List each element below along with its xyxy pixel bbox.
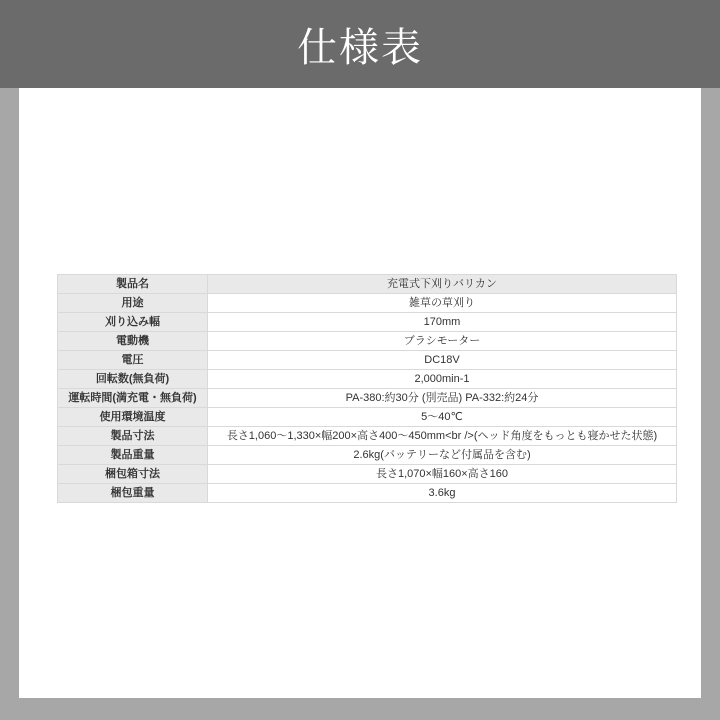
header-band: 仕様表 bbox=[0, 0, 720, 88]
row-value: DC18V bbox=[208, 351, 677, 370]
table-row: 製品寸法 長さ1,060〜1,330×幅200×高さ400〜450mm<br /… bbox=[58, 427, 677, 446]
row-label: 梱包重量 bbox=[58, 484, 208, 503]
row-value: 3.6kg bbox=[208, 484, 677, 503]
row-value: 長さ1,070×幅160×高さ160 bbox=[208, 465, 677, 484]
table-row: 回転数(無負荷) 2,000min-1 bbox=[58, 370, 677, 389]
row-value: 充電式下刈りバリカン bbox=[208, 275, 677, 294]
row-label: 製品名 bbox=[58, 275, 208, 294]
row-label: 用途 bbox=[58, 294, 208, 313]
row-value: 2,000min-1 bbox=[208, 370, 677, 389]
page-title: 仕様表 bbox=[297, 16, 423, 73]
row-label: 運転時間(満充電・無負荷) bbox=[58, 389, 208, 408]
table-row: 刈り込み幅 170mm bbox=[58, 313, 677, 332]
content-panel: 製品名 充電式下刈りバリカン 用途 雑草の草刈り 刈り込み幅 170mm 電動機… bbox=[19, 88, 701, 698]
table-row: 製品名 充電式下刈りバリカン bbox=[58, 275, 677, 294]
table-row: 梱包重量 3.6kg bbox=[58, 484, 677, 503]
row-label: 使用環境温度 bbox=[58, 408, 208, 427]
table-row: 製品重量 2.6kg(バッテリーなど付属品を含む) bbox=[58, 446, 677, 465]
row-label: 回転数(無負荷) bbox=[58, 370, 208, 389]
row-value: 5〜40℃ bbox=[208, 408, 677, 427]
table-row: 運転時間(満充電・無負荷) PA-380:約30分 (別売品) PA-332:約… bbox=[58, 389, 677, 408]
row-label: 梱包箱寸法 bbox=[58, 465, 208, 484]
table-row: 電圧 DC18V bbox=[58, 351, 677, 370]
row-label: 電動機 bbox=[58, 332, 208, 351]
row-label: 製品重量 bbox=[58, 446, 208, 465]
row-value: 170mm bbox=[208, 313, 677, 332]
row-value: 長さ1,060〜1,330×幅200×高さ400〜450mm<br />(ヘッド… bbox=[208, 427, 677, 446]
spec-table: 製品名 充電式下刈りバリカン 用途 雑草の草刈り 刈り込み幅 170mm 電動機… bbox=[57, 274, 677, 503]
table-row: 電動機 ブラシモーター bbox=[58, 332, 677, 351]
row-value: PA-380:約30分 (別売品) PA-332:約24分 bbox=[208, 389, 677, 408]
row-label: 刈り込み幅 bbox=[58, 313, 208, 332]
table-row: 梱包箱寸法 長さ1,070×幅160×高さ160 bbox=[58, 465, 677, 484]
table-row: 使用環境温度 5〜40℃ bbox=[58, 408, 677, 427]
row-value: 2.6kg(バッテリーなど付属品を含む) bbox=[208, 446, 677, 465]
row-value: ブラシモーター bbox=[208, 332, 677, 351]
row-label: 製品寸法 bbox=[58, 427, 208, 446]
row-label: 電圧 bbox=[58, 351, 208, 370]
row-value: 雑草の草刈り bbox=[208, 294, 677, 313]
table-row: 用途 雑草の草刈り bbox=[58, 294, 677, 313]
